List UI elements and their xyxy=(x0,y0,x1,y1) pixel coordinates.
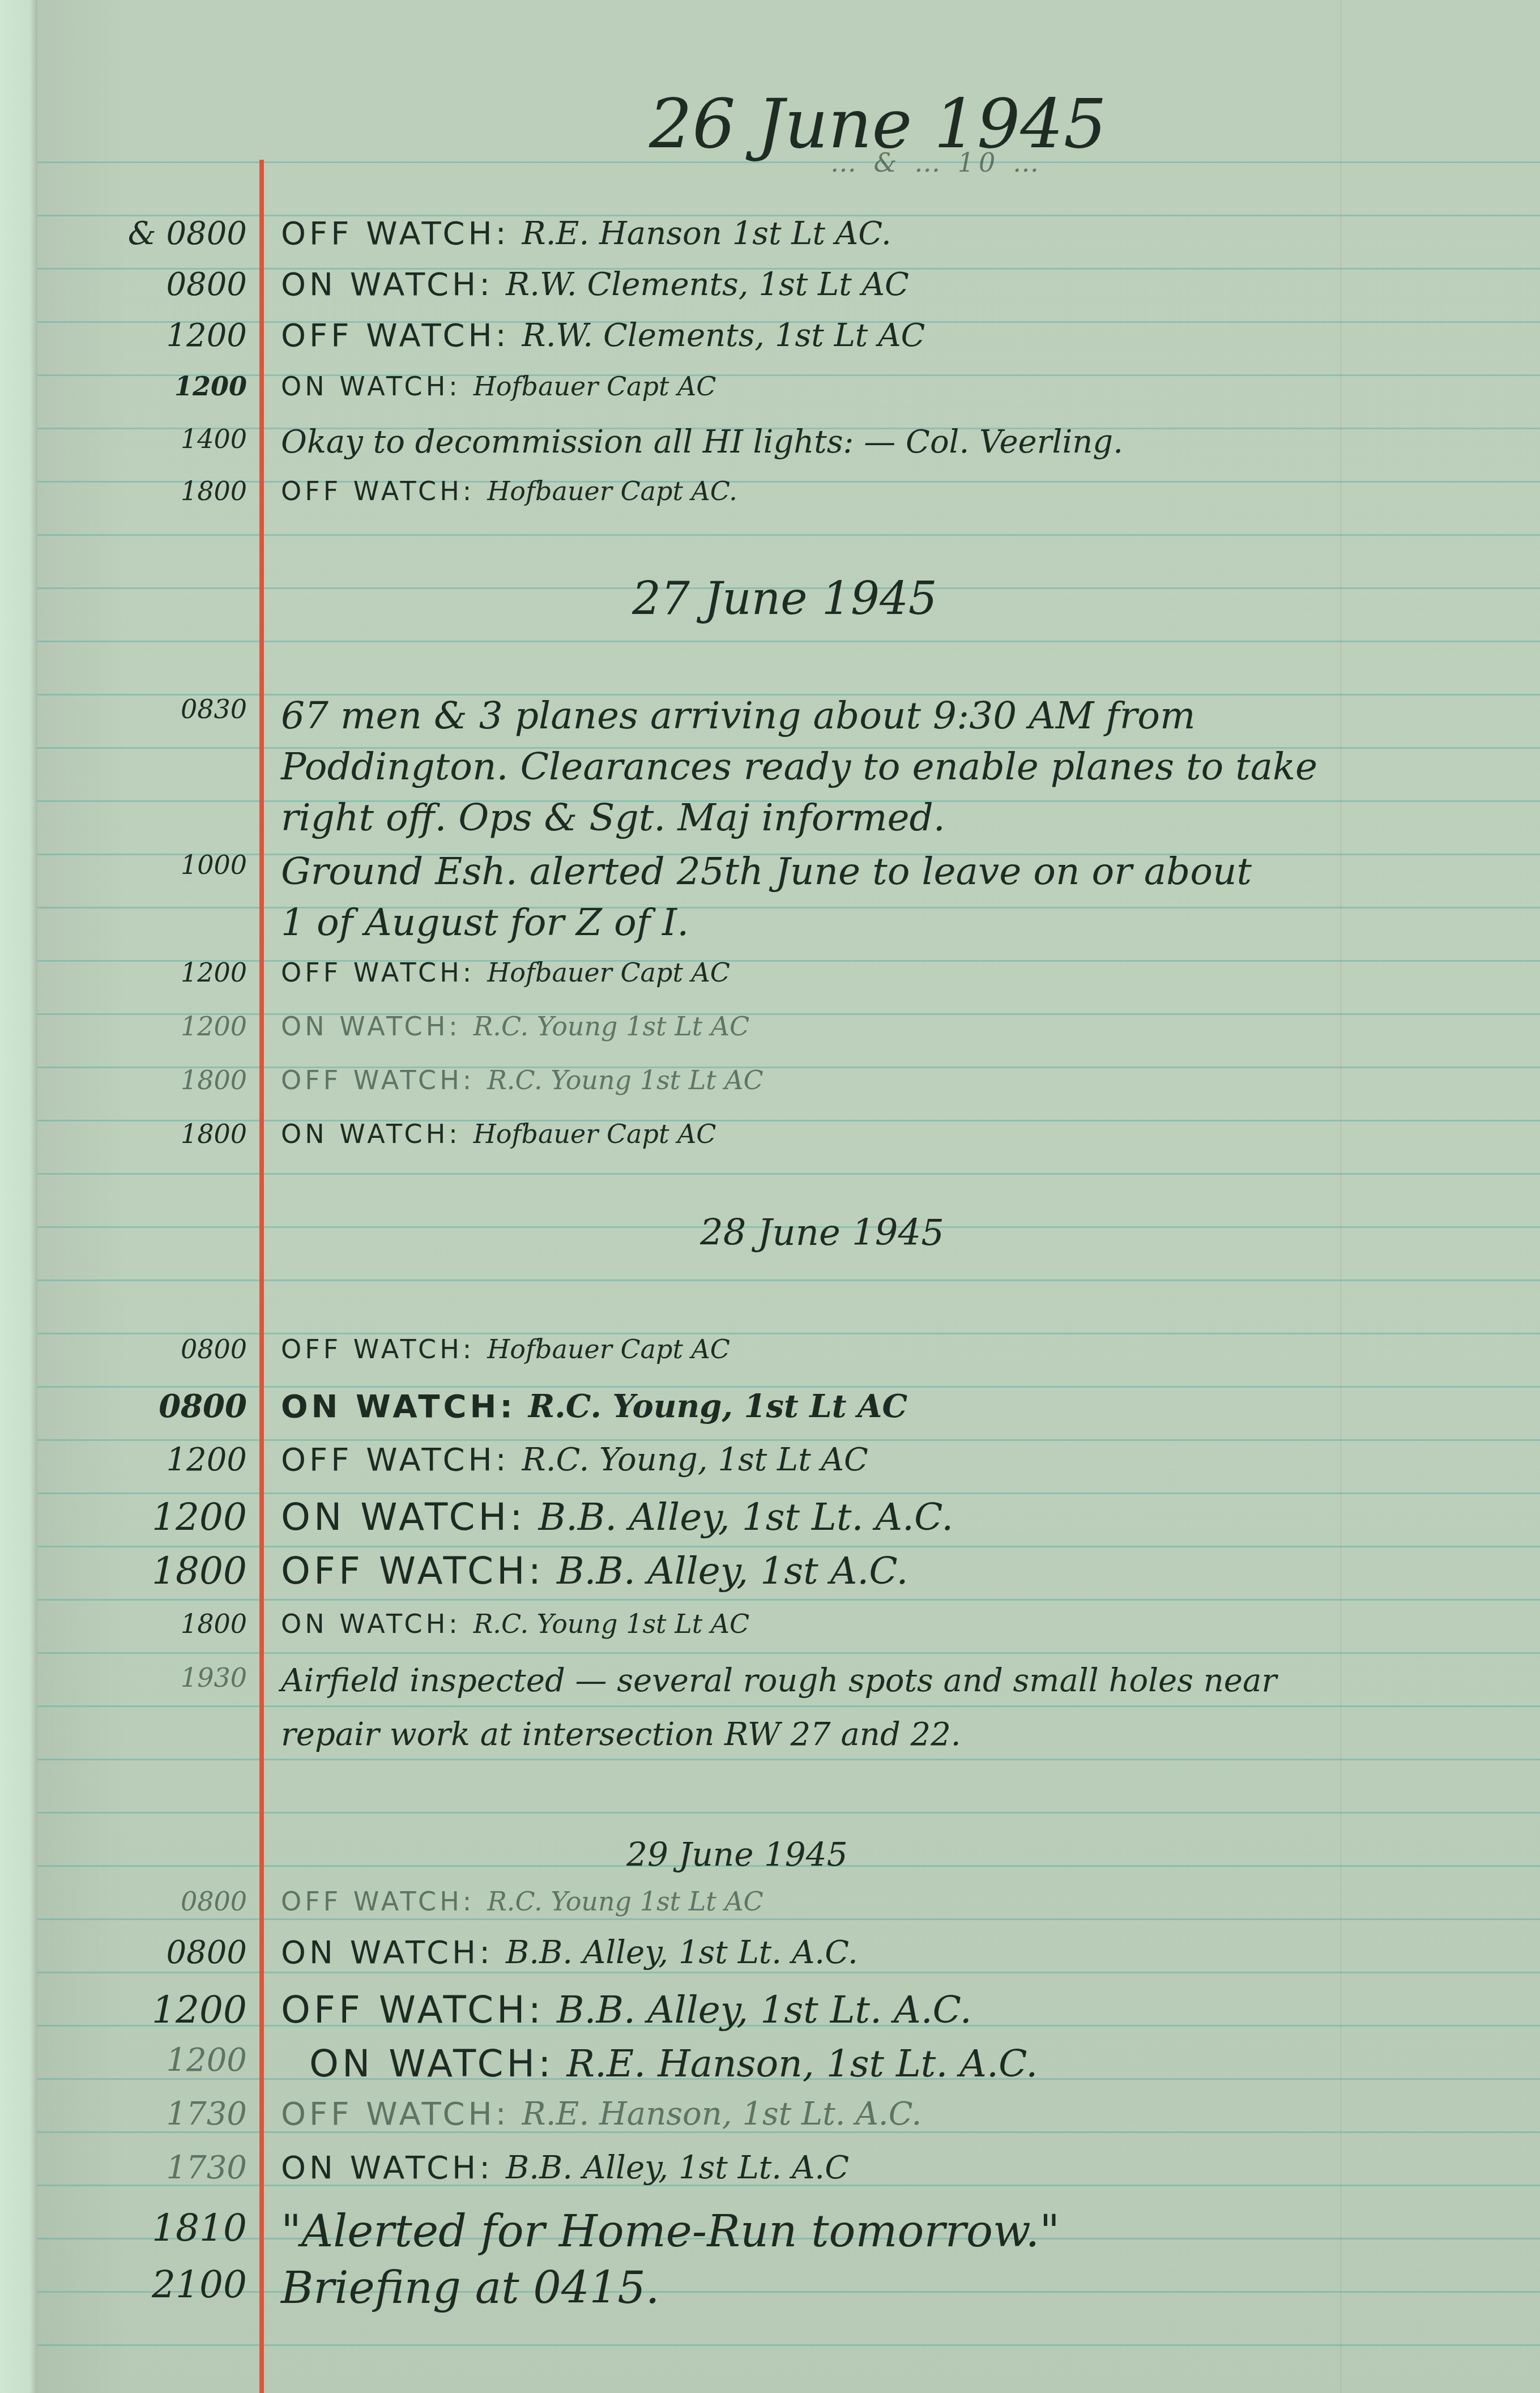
entry-text: ON WATCH:R.E. Hanson, 1st Lt. A.C. xyxy=(309,2042,1038,2085)
entry-time: & 0800 xyxy=(128,215,247,252)
entry-time: 0800 xyxy=(181,1334,247,1364)
entry-text: Briefing at 0415. xyxy=(281,2263,660,2314)
entry-continuation: right off. Ops & Sgt. Maj informed. xyxy=(281,796,945,839)
officer-signature: B.B. Alley, 1st A.C. xyxy=(557,1549,908,1593)
officer-signature: Hofbauer Capt AC. xyxy=(487,476,737,506)
entry-text: ON WATCH:R.C. Young 1st Lt AC xyxy=(281,1609,749,1639)
watch-label: ON WATCH: xyxy=(281,1609,461,1639)
watch-label: OFF WATCH: xyxy=(281,215,510,252)
entry-time: 1200 xyxy=(181,957,247,988)
watch-label: OFF WATCH: xyxy=(281,1441,510,1478)
officer-signature: Hofbauer Capt AC xyxy=(473,1119,716,1149)
entry-time: 1200 xyxy=(181,1011,247,1042)
entry-text: ON WATCH:B.B. Alley, 1st Lt. A.C. xyxy=(281,1934,858,1971)
officer-signature: Hofbauer Capt AC xyxy=(487,1334,730,1364)
entry-text: OFF WATCH:Hofbauer Capt AC. xyxy=(281,476,737,506)
entry-time: 1800 xyxy=(181,476,247,506)
faint-note-under-date: … & … 10 … xyxy=(830,147,1043,178)
entry-time: 0800 xyxy=(159,1388,247,1425)
officer-signature: R.W. Clements, 1st Lt AC xyxy=(506,266,909,303)
entry-text: 67 men & 3 planes arriving about 9:30 AM… xyxy=(281,694,1196,737)
officer-signature: B.B. Alley, 1st Lt. A.C. xyxy=(538,1495,953,1539)
date-heading-27-june: 27 June 1945 xyxy=(632,572,937,625)
officer-signature: R.E. Hanson, 1st Lt. A.C. xyxy=(566,2042,1038,2085)
entry-time: 1200 xyxy=(166,1441,247,1478)
entry-continuation: repair work at intersection RW 27 and 22… xyxy=(281,1716,961,1753)
watch-label: ON WATCH: xyxy=(281,2149,493,2186)
entry-time: 0800 xyxy=(166,1934,247,1971)
paper-fold-line xyxy=(1340,0,1342,2393)
watch-label: ON WATCH: xyxy=(281,1495,526,1539)
officer-signature: R.C. Young, 1st Lt AC xyxy=(528,1388,907,1425)
adjacent-page-edge xyxy=(0,0,37,2393)
entry-text: Okay to decommission all HI lights: — Co… xyxy=(281,424,1123,460)
entry-text: OFF WATCH:R.E. Hanson, 1st Lt. A.C. xyxy=(281,2096,922,2132)
watch-label: ON WATCH: xyxy=(309,2042,554,2085)
date-heading-29-june: 29 June 1945 xyxy=(626,1835,848,1874)
entry-time: 1200 xyxy=(166,317,247,354)
entry-text: ON WATCH:R.W. Clements, 1st Lt AC xyxy=(281,266,909,303)
entry-text: ON WATCH:R.C. Young 1st Lt AC xyxy=(281,1011,749,1042)
date-heading-28-june: 28 June 1945 xyxy=(700,1212,944,1254)
entry-time: 1200 xyxy=(152,1988,247,2032)
entry-time: 1200 xyxy=(166,2042,247,2079)
entry-text: OFF WATCH:Hofbauer Capt AC xyxy=(281,957,730,988)
red-margin-line xyxy=(259,160,264,2393)
entry-time: 1810 xyxy=(152,2206,247,2250)
entry-text: ON WATCH:Hofbauer Capt AC xyxy=(281,371,716,402)
watch-label: OFF WATCH: xyxy=(281,1988,544,2032)
officer-signature: R.C. Young 1st Lt AC xyxy=(473,1011,750,1042)
entry-time: 1800 xyxy=(152,1549,247,1593)
entry-text: ON WATCH:Hofbauer Capt AC xyxy=(281,1119,716,1149)
watch-label: ON WATCH: xyxy=(281,266,493,303)
entry-text: OFF WATCH:R.C. Young 1st Lt AC xyxy=(281,1065,763,1095)
log-page: 26 June 1945 … & … 10 … & 0800 OFF WATCH… xyxy=(37,0,1540,2393)
officer-signature: B.B. Alley, 1st Lt. A.C xyxy=(506,2149,849,2186)
entry-text: Airfield inspected — several rough spots… xyxy=(281,1662,1277,1699)
entry-text: ON WATCH:B.B. Alley, 1st Lt. A.C. xyxy=(281,1495,953,1539)
officer-signature: R.E. Hanson, 1st Lt. A.C. xyxy=(522,2096,922,2132)
watch-label: OFF WATCH: xyxy=(281,1886,475,1917)
officer-signature: B.B. Alley, 1st Lt. A.C. xyxy=(557,1988,972,2032)
watch-label: ON WATCH: xyxy=(281,1011,461,1042)
watch-label: OFF WATCH: xyxy=(281,476,475,506)
entry-time: 1800 xyxy=(181,1609,247,1639)
watch-label: ON WATCH: xyxy=(281,1119,461,1149)
officer-signature: R.C. Young 1st Lt AC xyxy=(487,1886,763,1917)
officer-signature: R.E. Hanson 1st Lt AC. xyxy=(522,215,891,252)
entry-text: Ground Esh. alerted 25th June to leave o… xyxy=(281,850,1252,893)
entry-text: ON WATCH:R.C. Young, 1st Lt AC xyxy=(281,1388,907,1425)
entry-text: OFF WATCH:R.W. Clements, 1st Lt AC xyxy=(281,317,925,354)
entry-time: 1000 xyxy=(181,850,247,880)
officer-signature: R.C. Young 1st Lt AC xyxy=(487,1065,763,1095)
officer-signature: Hofbauer Capt AC xyxy=(473,371,716,402)
entry-continuation: Poddington. Clearances ready to enable p… xyxy=(281,745,1317,788)
entry-time: 1800 xyxy=(181,1065,247,1095)
watch-label: ON WATCH: xyxy=(281,371,461,402)
watch-label: OFF WATCH: xyxy=(281,2096,510,2132)
entry-time: 1730 xyxy=(166,2096,247,2132)
entry-text: OFF WATCH:B.B. Alley, 1st Lt. A.C. xyxy=(281,1988,972,2032)
officer-signature: R.C. Young 1st Lt AC xyxy=(473,1609,750,1639)
entry-text: OFF WATCH:R.C. Young, 1st Lt AC xyxy=(281,1441,868,1478)
entry-time: 0800 xyxy=(166,266,247,303)
entry-text: OFF WATCH:R.C. Young 1st Lt AC xyxy=(281,1886,763,1917)
watch-label: ON WATCH: xyxy=(281,1388,516,1425)
officer-signature: R.W. Clements, 1st Lt AC xyxy=(522,317,925,354)
entry-time: 1200 xyxy=(152,1495,247,1539)
entry-text: OFF WATCH:Hofbauer Capt AC xyxy=(281,1334,730,1364)
entry-time: 1730 xyxy=(166,2149,247,2186)
entry-continuation: 1 of August for Z of I. xyxy=(281,901,689,944)
watch-label: OFF WATCH: xyxy=(281,317,510,354)
entry-time: 0800 xyxy=(181,1886,247,1917)
watch-label: OFF WATCH: xyxy=(281,957,475,988)
watch-label: OFF WATCH: xyxy=(281,1065,475,1095)
watch-label: ON WATCH: xyxy=(281,1934,493,1971)
officer-signature: Hofbauer Capt AC xyxy=(487,957,730,988)
entry-text: ON WATCH:B.B. Alley, 1st Lt. A.C xyxy=(281,2149,849,2186)
entry-text: OFF WATCH:R.E. Hanson 1st Lt AC. xyxy=(281,215,891,252)
watch-label: OFF WATCH: xyxy=(281,1334,475,1364)
officer-signature: R.C. Young, 1st Lt AC xyxy=(522,1441,868,1478)
entry-time: 0830 xyxy=(181,694,247,724)
officer-signature: B.B. Alley, 1st Lt. A.C. xyxy=(506,1934,858,1971)
entry-time: 1400 xyxy=(181,424,247,454)
entry-text: OFF WATCH:B.B. Alley, 1st A.C. xyxy=(281,1549,908,1593)
entry-time: 1200 xyxy=(174,371,247,402)
entry-time: 1800 xyxy=(181,1119,247,1149)
entry-text: "Alerted for Home-Run tomorrow." xyxy=(281,2206,1060,2257)
entry-time: 1930 xyxy=(181,1662,247,1693)
watch-label: OFF WATCH: xyxy=(281,1549,544,1593)
entry-time: 2100 xyxy=(152,2263,247,2306)
